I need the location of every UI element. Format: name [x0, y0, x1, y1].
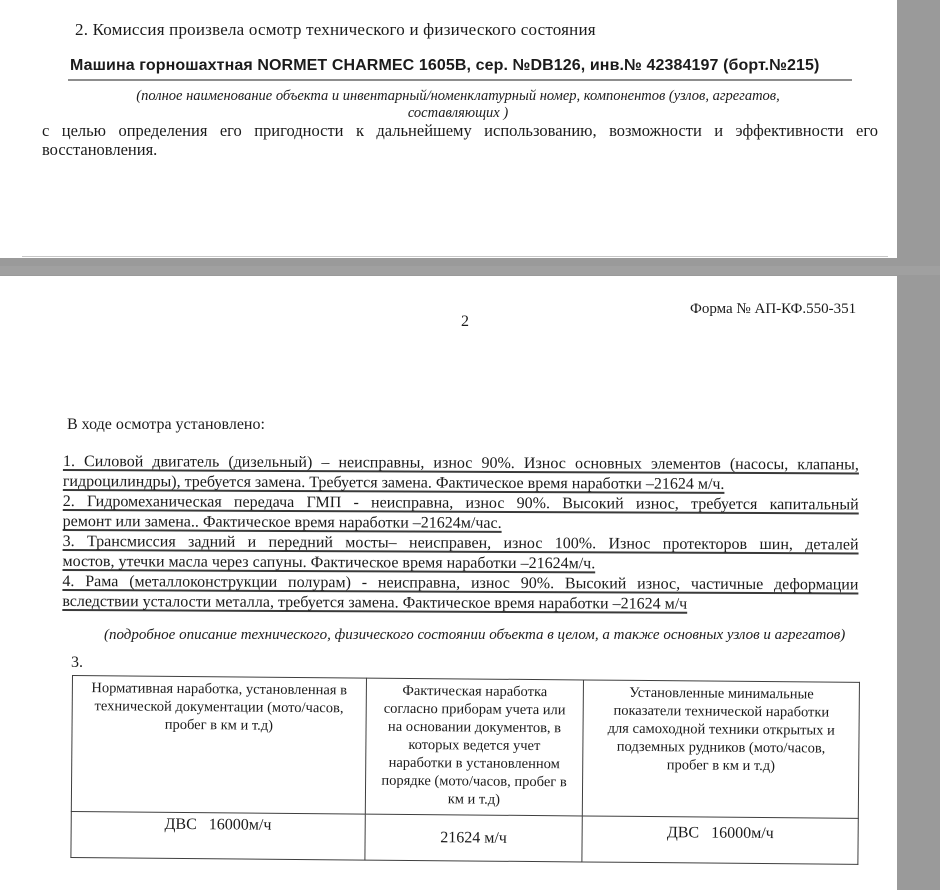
document-page-1: 2. Комиссия произвела осмотр техническог…: [0, 0, 897, 258]
caption-line-1: (полное наименование объекта и инвентарн…: [40, 88, 876, 105]
header-normative-worktime: Нормативная наработка, установленная в т…: [71, 676, 366, 815]
header-minimum-worktime: Установленные минимальные показатели тех…: [583, 680, 860, 818]
inspection-item-2: 2. Гидромеханическая передача ГМП - неис…: [63, 492, 859, 535]
inspection-item-1: 1. Силовой двигатель (дизельный) – неисп…: [63, 452, 859, 495]
machine-name-line: Машина горношахтная NORMET CHARMEC 1605B…: [70, 57, 819, 74]
cell-actual-value: 21624 м/ч: [364, 814, 582, 862]
cell-normative-value: ДВС 16000м/ч: [71, 811, 365, 860]
machine-name-underline: Машина горношахтная NORMET CHARMEC 1605B…: [68, 57, 852, 81]
form-number: Форма № АП-КФ.550-351: [690, 301, 856, 318]
section-3-label: 3.: [71, 654, 83, 672]
inspection-item-4: 4. Рама (металлоконструкции полурам) - н…: [62, 572, 858, 615]
header-actual-worktime: Фактическая наработка согласно приборам …: [365, 678, 584, 816]
table-value-row: ДВС 16000м/ч 21624 м/ч ДВС 16000м/ч: [71, 811, 858, 864]
page-number: 2: [461, 313, 469, 331]
page-separator-bar: [0, 266, 940, 275]
section-2-heading: 2. Комиссия произвела осмотр техническог…: [75, 20, 596, 40]
inspection-intro: В ходе осмотра установлено:: [67, 416, 265, 434]
worktime-table: Нормативная наработка, установленная в т…: [70, 675, 860, 865]
purpose-text-line-1: с целью определения его пригодности к да…: [42, 121, 878, 141]
table-header-row: Нормативная наработка, установленная в т…: [71, 676, 859, 819]
detailed-description-note: (подробное описание технического, физиче…: [104, 627, 874, 644]
item-4-line-2: вследствии усталости металла, требуется …: [62, 592, 858, 615]
inspection-item-3: 3. Трансмиссия задний и передний мосты– …: [62, 532, 858, 575]
cell-minimum-value: ДВС 16000м/ч: [582, 816, 858, 864]
page-edge-shadow-line: [22, 256, 888, 257]
scanned-document-view: { "page1": { "heading": "2. Комиссия про…: [0, 0, 940, 890]
document-page-2: Форма № АП-КФ.550-351 2 В ходе осмотра у…: [0, 276, 897, 890]
caption-line-2: составляющих ): [40, 105, 876, 122]
machine-caption: (полное наименование объекта и инвентарн…: [40, 88, 876, 122]
inspection-findings-list: 1. Силовой двигатель (дизельный) – неисп…: [62, 452, 859, 615]
purpose-text-line-2: восстановления.: [42, 140, 157, 160]
